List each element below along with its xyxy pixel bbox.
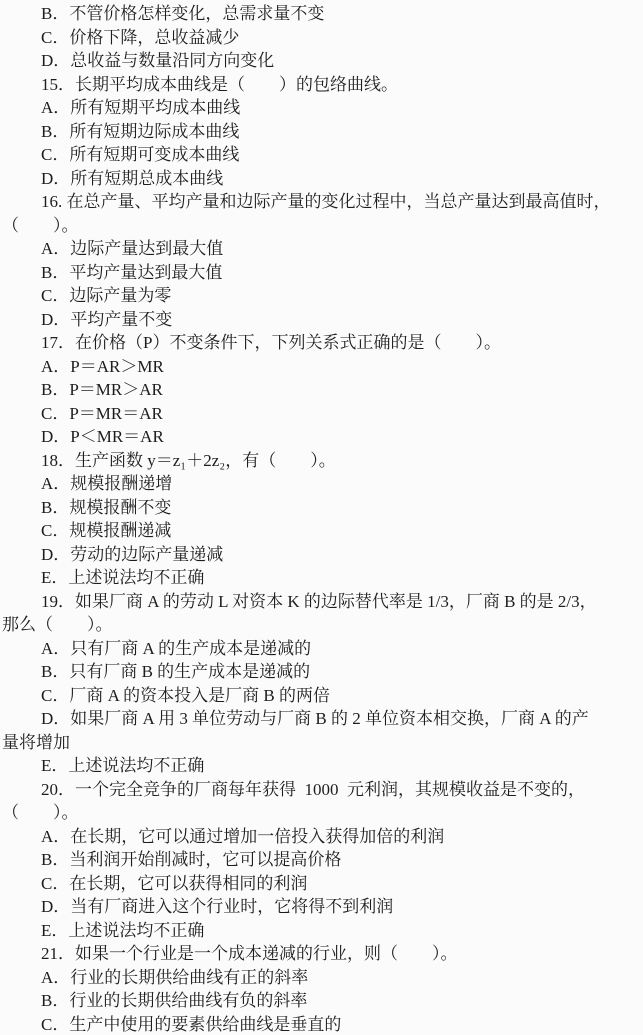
option-line: D．当有厂商进入这个行业时，它将得不到利润 (0, 895, 643, 919)
option-line: B．所有短期边际成本曲线 (0, 120, 643, 144)
option-line: B．行业的长期供给曲线有负的斜率 (0, 989, 643, 1013)
question-line: 17．在价格（P）不变条件下，下列关系式正确的是（ ）。 (0, 331, 643, 355)
question-line: 20．一个完全竞争的厂商每年获得 1000 元利润，其规模收益是不变的， (0, 778, 643, 802)
option-line: A．规模报酬递增 (0, 472, 643, 496)
option-line: D．如果厂商 A 用 3 单位劳动与厂商 B 的 2 单位资本相交换，厂商 A … (0, 707, 643, 731)
option-line: A．行业的长期供给曲线有正的斜率 (0, 966, 643, 990)
question-line: 18．生产函数 y＝z₁＋2z₂，有（ ）。 (0, 449, 643, 473)
option-line: B．当利润开始削减时，它可以提高价格 (0, 848, 643, 872)
option-line: A．边际产量达到最大值 (0, 237, 643, 261)
option-line: C．厂商 A 的资本投入是厂商 B 的两倍 (0, 684, 643, 708)
option-line: E．上述说法均不正确 (0, 919, 643, 943)
option-line: B．P＝MR＞AR (0, 378, 643, 402)
option-line: C．P＝MR＝AR (0, 402, 643, 426)
option-line: D．P＜MR＝AR (0, 425, 643, 449)
option-line: D．所有短期总成本曲线 (0, 167, 643, 191)
question-continuation-line: （ ）。 (0, 214, 643, 238)
question-line: 21．如果一个行业是一个成本递减的行业，则（ ）。 (0, 942, 643, 966)
option-line: D．总收益与数量沿同方向变化 (0, 49, 643, 73)
option-continuation-line: 量将增加 (0, 731, 643, 755)
option-line: A．所有短期平均成本曲线 (0, 96, 643, 120)
option-line: A．P＝AR＞MR (0, 355, 643, 379)
option-line: E．上述说法均不正确 (0, 566, 643, 590)
option-line: A．只有厂商 A 的生产成本是递减的 (0, 637, 643, 661)
question-continuation-line: 那么（ ）。 (0, 613, 643, 637)
question-line: 16. 在总产量、平均产量和边际产量的变化过程中，当总产量达到最高值时， (0, 190, 643, 214)
option-line: E．上述说法均不正确 (0, 754, 643, 778)
option-line: C．生产中使用的要素供给曲线是垂直的 (0, 1013, 643, 1035)
option-line: B．平均产量达到最大值 (0, 261, 643, 285)
option-line: C．在长期，它可以获得相同的利润 (0, 872, 643, 896)
option-line: B．只有厂商 B 的生产成本是递减的 (0, 660, 643, 684)
option-line: C．所有短期可变成本曲线 (0, 143, 643, 167)
question-continuation-line: （ ）。 (0, 801, 643, 825)
option-line: C．规模报酬递减 (0, 519, 643, 543)
option-line: B．不管价格怎样变化，总需求量不变 (0, 2, 643, 26)
option-line: D．平均产量不变 (0, 308, 643, 332)
option-line: C．价格下降，总收益减少 (0, 26, 643, 50)
question-line: 15．长期平均成本曲线是（ ）的包络曲线。 (0, 73, 643, 97)
question-line: 19．如果厂商 A 的劳动 L 对资本 K 的边际替代率是 1/3，厂商 B 的… (0, 590, 643, 614)
option-line: B．规模报酬不变 (0, 496, 643, 520)
document-page: B．不管价格怎样变化，总需求量不变 C．价格下降，总收益减少 D．总收益与数量沿… (0, 0, 643, 1035)
option-line: A．在长期，它可以通过增加一倍投入获得加倍的利润 (0, 825, 643, 849)
option-line: C．边际产量为零 (0, 284, 643, 308)
option-line: D．劳动的边际产量递减 (0, 543, 643, 567)
